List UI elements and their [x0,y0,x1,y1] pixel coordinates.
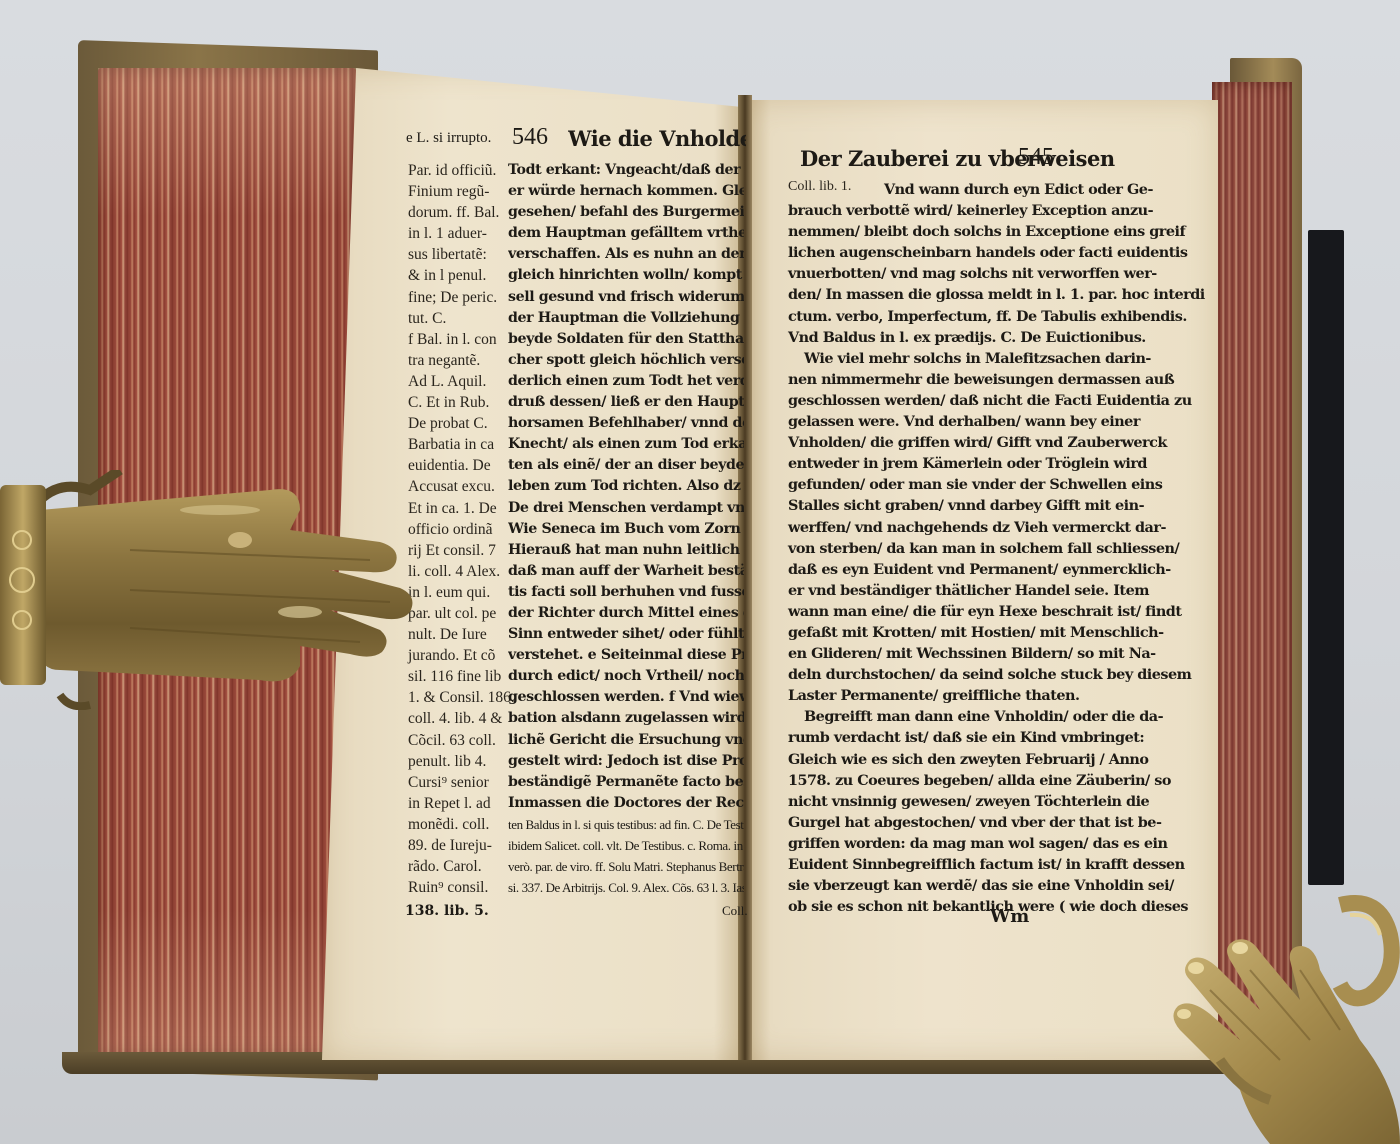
margin-note: C. Et in Rub. [408,392,515,413]
margin-note: Cursi⁹ senior [408,772,515,793]
text-line: von sterben/ da kan man in solchem fall … [788,538,1205,559]
text-line: verstehet. e Seiteinmal diese Probation … [508,645,744,666]
text-line: daß man auff der Warheit beständig ... [508,561,744,582]
text-line: Begreifft man dann eine Vnholdin/ oder d… [788,706,1205,727]
margin-note: 89. de Iureju- [408,835,515,856]
text-line: nemmen/ bleibt doch solchs in Exceptione… [788,221,1205,242]
margin-note: rãdo. Carol. [408,856,515,877]
text-line: verò. par. de viro. ff. Solu Matri. Step… [508,856,744,877]
left-page-catchword: Coll. [722,903,748,919]
margin-note: Par. id officiũ. [408,160,515,181]
margin-note: par. ult col. pe [408,603,515,624]
text-line: deln durchstochen/ da seind solche stuck… [788,664,1205,685]
text-line: entweder in jrem Kämerlein oder Tröglein… [788,453,1205,474]
text-line: Inmassen die Doctores der Rechten ... [508,793,744,814]
photo-scene: e L. si irrupto. 546 Wie die Vnholden zu… [0,0,1400,1144]
margin-note: monẽdi. coll. [408,814,515,835]
margin-note: Et in ca. 1. De [408,498,515,519]
margin-note: fine; De peric. [408,287,515,308]
margin-note: tut. C. [408,308,515,329]
margin-note: De probat C. [408,413,515,434]
left-margin-note-head: e L. si irrupto. [406,130,491,147]
text-line: er vnd beständiger thätlicher Handel sei… [788,580,1205,601]
margin-note: 1. & Consil. 186. [408,687,515,708]
text-line: horsamen Befehlhaber/ vnnd den ... [508,413,744,434]
margin-note: coll. 4. lib. 4 & [408,708,515,729]
text-line: cher spott gleich höchlich verschmehet/ … [508,350,744,371]
text-line: werffen/ vnd nachgehends dz Vieh vermerc… [788,517,1205,538]
margin-note: Ad L. Aquil. [408,371,515,392]
text-line: leben zum Tod richten. Also dz vmb ... [508,476,744,497]
margin-note: dorum. ff. Bal. [408,202,515,223]
text-line: bation alsdann zugelassen wird/ wann den… [508,708,744,729]
text-line: durch edict/ noch Vrtheil/ noch Gebrauch… [508,666,744,687]
text-line: sie vberzeugt kan werdẽ/ das sie eine Vn… [788,875,1205,896]
brass-hand-right-icon [1160,890,1400,1144]
text-line: Vnd Baldus in l. ex prædijs. C. De Euict… [788,327,1205,348]
margin-note: sus libertatẽ: [408,244,515,265]
text-line: rumb verdacht ist/ daß sie ein Kind vmbr… [788,727,1205,748]
text-line: Todt erkant: Vngeacht/daß der Soldat ... [508,160,744,181]
text-line: 1578. zu Coeures begeben/ allda eine Zäu… [788,770,1205,791]
text-line: druß dessen/ ließ er den Hauptman/ ... [508,392,744,413]
text-line: Laster Permanente/ greiffliche thaten. [788,685,1205,706]
margin-note: f Bal. in l. con [408,329,515,350]
margin-note: penult. lib 4. [408,751,515,772]
text-line: geschlossen werden/ daß nicht die Facti … [788,390,1205,411]
text-line: Knecht/ als einen zum Tod erkanten ... [508,434,744,455]
text-line: beyde Soldaten für den Statthalter ... [508,329,744,350]
margin-note: euidentia. De [408,455,515,476]
margin-note: Finium regũ- [408,181,515,202]
text-line: der Richter durch Mittel eines der ... [508,603,744,624]
text-line: beständigẽ Permanẽte facto bestehet/ ... [508,772,744,793]
text-line: geschlossen werden. f Vnd wiewol keiner … [508,687,744,708]
margin-note: nult. De Iure [408,624,515,645]
text-line: Gurgel hat abgestochen/ vnd vber der tha… [788,812,1205,833]
margin-note: tra negantẽ. [408,350,515,371]
text-line: ibidem Salicet. coll. vlt. De Testibus. … [508,835,744,856]
text-line: sell gesund vnd frisch widerumm an. Dar.… [508,287,744,308]
left-page-signature: 138. lib. 5. [405,903,489,919]
text-line: gestelt wird: Jedoch ist dise Probation … [508,751,744,772]
text-line: gefunden/ oder man sie vnder der Schwell… [788,474,1205,495]
margin-note: Cõcil. 63 coll. [408,730,515,751]
text-line: De drei Menschen verdampt vnd hingericht… [508,498,744,519]
text-line: wann man eine/ die für eyn Hexe beschrai… [788,601,1205,622]
text-line: nicht vnsinnig gewesen/ zweyen Töchterle… [788,791,1205,812]
text-line: Wie viel mehr solchs in Malefitzsachen d… [788,348,1205,369]
left-running-head: Wie die Vnholden zu Recht [568,126,746,151]
right-page-catchword: Wm [990,906,1029,927]
text-line: derlich einen zum Todt het verdammet/ ..… [508,371,744,392]
text-line: brauch verbottẽ wird/ keinerley Exceptio… [788,200,1205,221]
text-line: ten Baldus in l. si quis testibus: ad fi… [508,814,744,835]
right-page-number: 545 [1018,144,1054,171]
text-line: verschaffen. Als es nuhn an dem/das man … [508,244,744,265]
margin-note: Barbatia in ca [408,434,515,455]
text-line: dem Hauptman gefälltem vrtheil ein genu.… [508,223,744,244]
text-line: gleich hinrichten wolln/ kompt der ander… [508,265,744,286]
text-line: Vnholden/ die griffen wird/ Gifft vnd Za… [788,432,1205,453]
text-line: Gleich wie es sich den zweyten Februarij… [788,749,1205,770]
margin-note: officio ordinã [408,519,515,540]
margin-note: in l. 1 aduer- [408,223,515,244]
left-page-number: 546 [512,124,548,151]
text-line: vnuerbotten/ vnd mag solchs nit verworff… [788,263,1205,284]
text-line: gesehen/ befahl des Burgermeisters Statt… [508,202,744,223]
text-line: si. 337. De Arbitrijs. Col. 9. Alex. Cõs… [508,877,744,898]
text-line: nen nimmermehr die beweisungen dermassen… [788,369,1205,390]
text-line: daß es eyn Euident vnd Permanent/ eynmer… [788,559,1205,580]
text-line: Hierauß hat man nuhn leitlich ... [508,540,744,561]
text-line: tis facti soll berhuhen vnd fussen: ... [508,582,744,603]
text-line: lichen augenscheinbarn handels oder fact… [788,242,1205,263]
text-line: Euident Sinnbegreifflich factum ist/ in … [788,854,1205,875]
margin-note: sil. 116 fine lib [408,666,515,687]
right-page-body: Vnd wann durch eyn Edict oder Ge- brauch… [788,179,1205,917]
text-line: er würde hernach kommen. Gleichwol ... [508,181,744,202]
text-line: den/ In massen die glossa meldt in l. 1.… [788,284,1205,305]
margin-note: Accusat excu. [408,476,515,497]
left-page-body: Todt erkant: Vngeacht/daß der Soldat ...… [508,160,744,898]
right-running-head: Der Zauberei zu vberweisen [800,146,1115,171]
text-line: der Hauptman die Vollziehung ein/ ... [508,308,744,329]
margin-note: rij Et consil. 7 [408,540,515,561]
text-line: gefaßt mit Krotten/ mit Hostien/ mit Men… [788,622,1205,643]
text-line: ten als einẽ/ der an diser beyder Tod ..… [508,455,744,476]
text-line: ctum. verbo, Imperfectum, ff. De Tabulis… [788,306,1205,327]
text-line: en Glideren/ mit Wechssinen Bildern/ so … [788,643,1205,664]
brass-hand-left-icon [0,470,420,710]
margin-note: li. coll. 4 Alex. [408,561,515,582]
margin-note: & in l penul. [408,265,515,286]
text-line: gelassen were. Vnd derhalben/ wann bey e… [788,411,1205,432]
text-line: lichẽ Gericht die Ersuchung vnd Inquisit… [508,730,744,751]
margin-note: in Repet l. ad [408,793,515,814]
left-margin-notes: Par. id officiũ. Finium regũ- dorum. ff.… [408,160,515,898]
margin-note: jurando. Et cõ [408,645,515,666]
book-stand-back [1308,230,1344,885]
text-line: Stalles sicht graben/ vnnd darbey Gifft … [788,495,1205,516]
text-line: Wie Seneca im Buch vom Zorn erzehlt. [508,519,744,540]
text-line: Vnd wann durch eyn Edict oder Ge- [788,179,1205,200]
text-line: griffen worden: da mag man wol sagen/ da… [788,833,1205,854]
margin-note: in l. eum qui. [408,582,515,603]
margin-note: Ruin⁹ consil. [408,877,515,898]
text-line: Sinn entweder sihet/ oder fühlt/ oder ..… [508,624,744,645]
